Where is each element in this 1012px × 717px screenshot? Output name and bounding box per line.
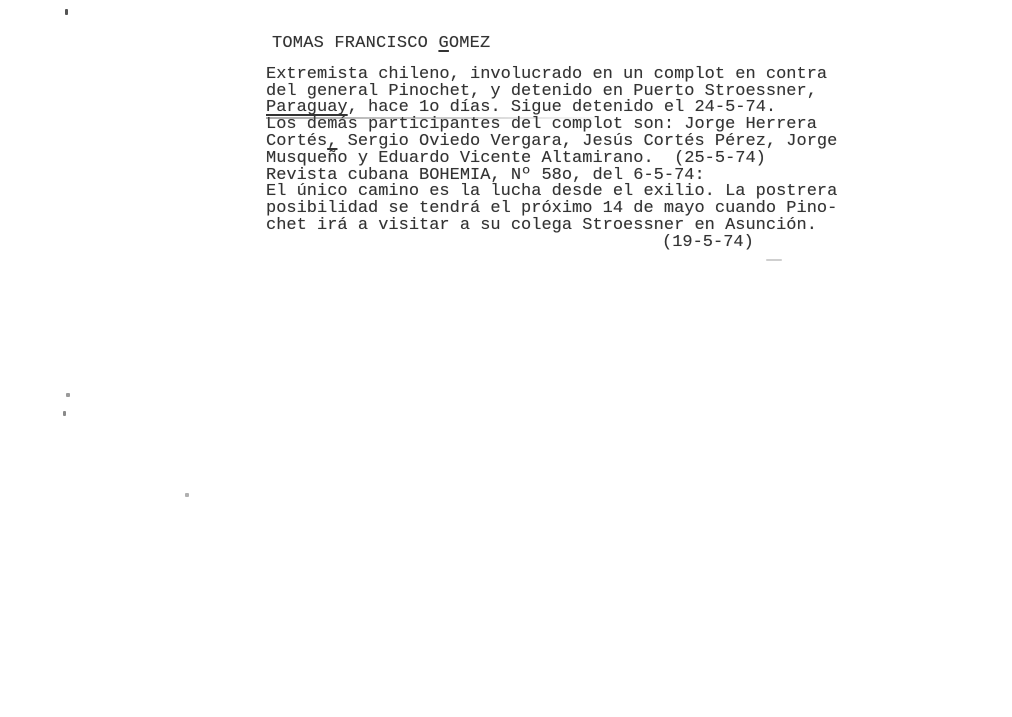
text-segment: (19-5-74) xyxy=(662,233,754,252)
scan-speck xyxy=(63,411,66,416)
scan-speck xyxy=(185,493,189,497)
typewritten-text: TOMAS FRANCISCO GOMEZExtremista chileno,… xyxy=(266,36,886,252)
scan-line-artifact xyxy=(266,117,596,119)
document-page: TOMAS FRANCISCO GOMEZExtremista chileno,… xyxy=(0,0,1012,717)
text-line: chet irá a visitar a su colega Stroessne… xyxy=(266,218,886,235)
document-heading: TOMAS FRANCISCO GOMEZ xyxy=(266,36,886,53)
scan-speck xyxy=(66,393,70,397)
scan-speck xyxy=(766,259,782,261)
text-segment: TOMAS FRANCISCO xyxy=(272,34,438,53)
text-segment: OMEZ xyxy=(449,34,491,53)
underlined-text: G xyxy=(438,34,448,53)
text-line: (19-5-74) xyxy=(266,235,886,252)
scan-speck xyxy=(65,9,68,15)
